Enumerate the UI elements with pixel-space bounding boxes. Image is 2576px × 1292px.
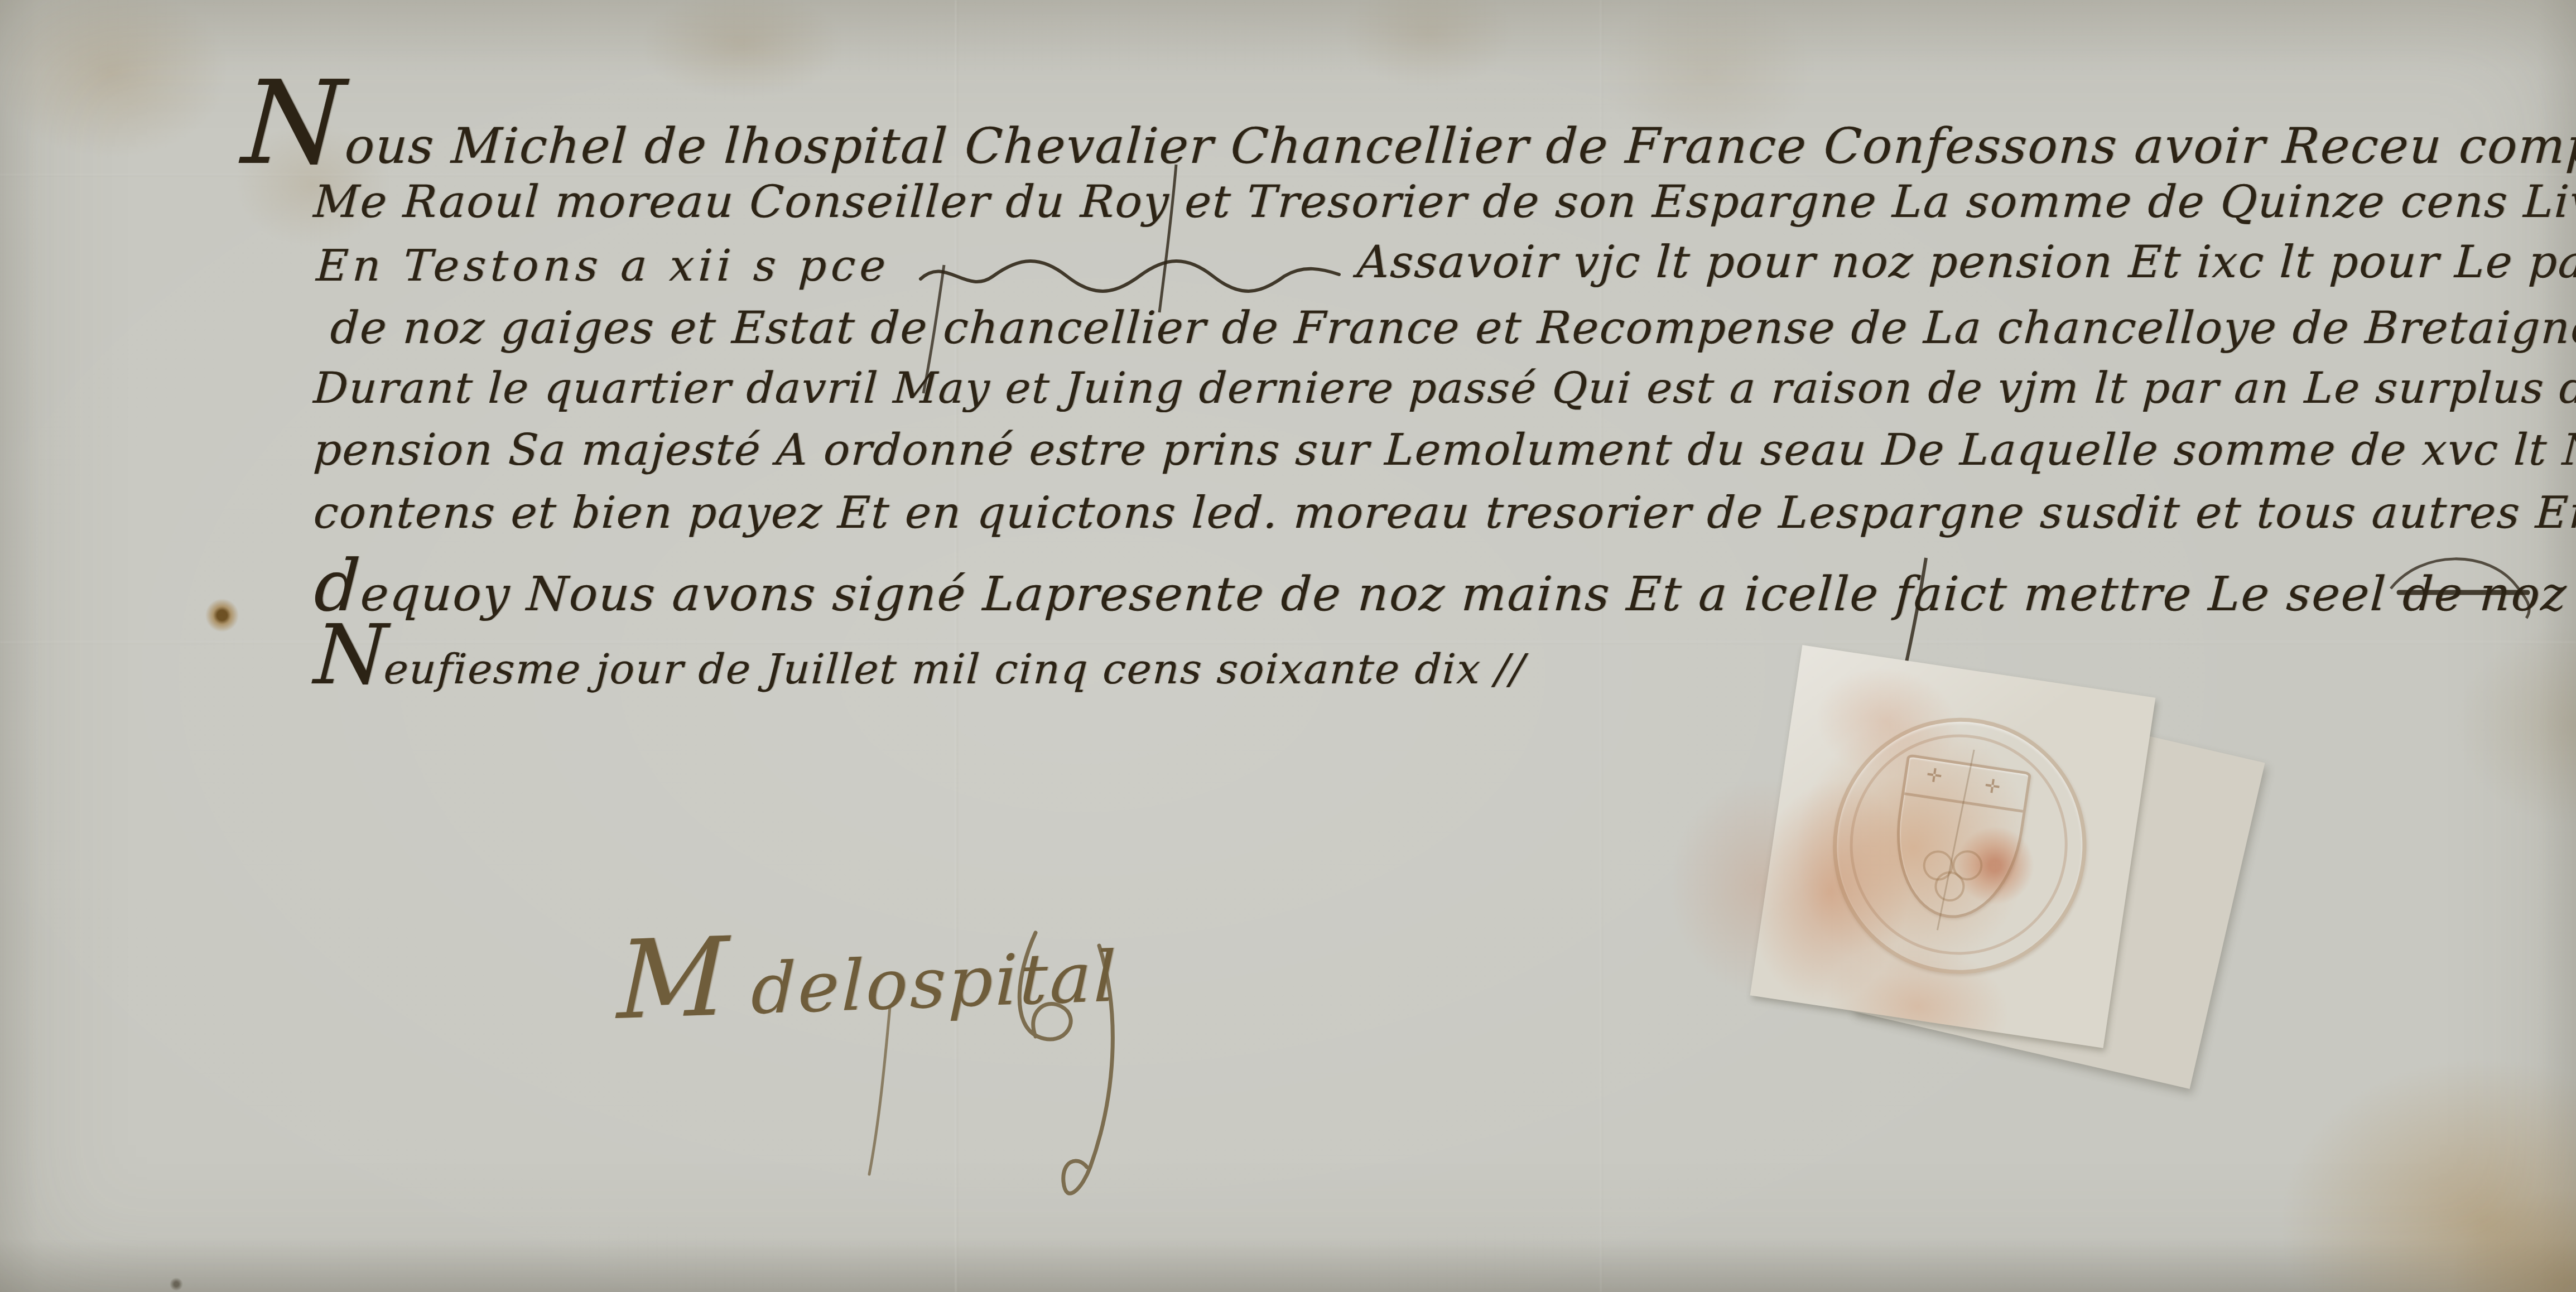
- signature: M delospital: [617, 909, 1119, 1035]
- manuscript-line-3-left: En Testons a xii s pce: [315, 244, 891, 288]
- shield-cross-mark: ✛: [1983, 778, 2000, 795]
- manuscript-line-5: Durant le quartier davril May et Juing d…: [312, 367, 2576, 410]
- parchment-document: Nous Michel de lhospital Chevalier Chanc…: [0, 0, 2576, 1292]
- papered-wax-seal: ✛ ✛: [1741, 642, 2198, 1110]
- shield-cross-mark: ✛: [1925, 768, 1942, 784]
- manuscript-line-4: de noz gaiges et Estat de chancellier de…: [329, 306, 2576, 350]
- manuscript-line-6: pension Sa majesté A ordonné estre prins…: [312, 428, 2576, 472]
- manuscript-line-9: Neufiesme jour de Juillet mil cinq cens …: [312, 614, 1528, 696]
- manuscript-line-2: Me Raoul moreau Conseiller du Roy et Tre…: [312, 180, 2576, 224]
- manuscript-line-3-right: Assavoir vjc lt pour noz pension Et ixc …: [1356, 240, 2576, 285]
- manuscript-line-1: Nous Michel de lhospital Chevalier Chanc…: [240, 66, 2576, 181]
- line-filler-squiggle: [915, 251, 1350, 301]
- seal-paper-square: ✛ ✛: [1750, 645, 2156, 1048]
- manuscript-line-8: dequoy Nous avons signé Lapresente de no…: [312, 551, 2576, 623]
- manuscript-line-7: contens et bien payez Et en quictons led…: [312, 491, 2576, 535]
